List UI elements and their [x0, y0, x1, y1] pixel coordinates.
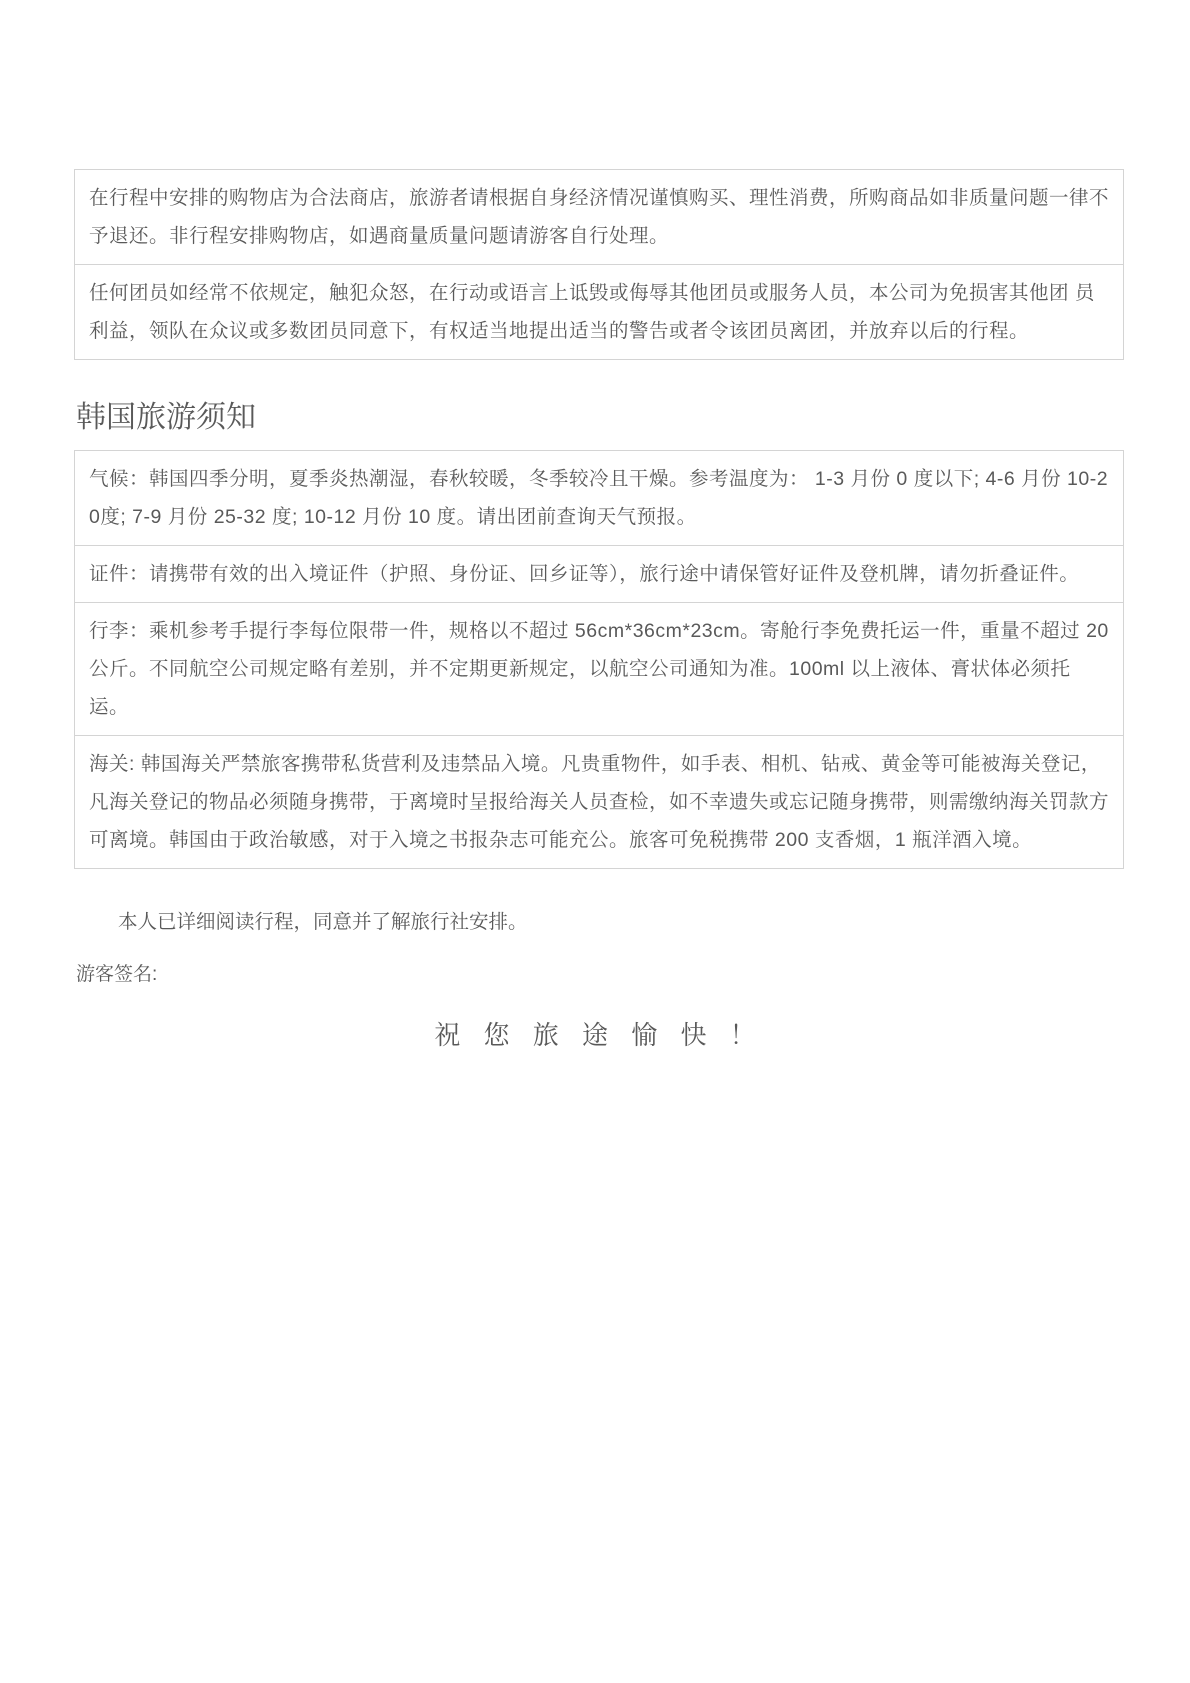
tip-text-customs: 海关: 韩国海关严禁旅客携带私货营利及违禁品入境。凡贵重物件，如手表、相机、钻戒…: [89, 745, 1109, 859]
document-page: 在行程中安排的购物店为合法商店，旅游者请根据自身经济情况谨慎购买、理性消费，所购…: [0, 0, 1190, 1683]
notice-row-shopping: 在行程中安排的购物店为合法商店，旅游者请根据自身经济情况谨慎购买、理性消费，所购…: [75, 170, 1123, 264]
tip-row-luggage: 行李：乘机参考手提行李每位限带一件，规格以不超过 56cm*36cm*23cm。…: [75, 602, 1123, 735]
notice-text-conduct: 任何团员如经常不依规定，触犯众怒，在行动或语言上诋毁或侮辱其他团员或服务人员，本…: [89, 274, 1109, 350]
notice-text-shopping: 在行程中安排的购物店为合法商店，旅游者请根据自身经济情况谨慎购买、理性消费，所购…: [89, 179, 1109, 255]
travel-tips-table: 气候：韩国四季分明，夏季炎热潮湿，春秋较暖，冬季较冷且干燥。参考温度为： 1-3…: [74, 450, 1124, 869]
tip-row-customs: 海关: 韩国海关严禁旅客携带私货营利及违禁品入境。凡贵重物件，如手表、相机、钻戒…: [75, 735, 1123, 868]
tip-text-documents: 证件：请携带有效的出入境证件（护照、身份证、回乡证等），旅行途中请保管好证件及登…: [89, 555, 1109, 593]
notice-row-conduct: 任何团员如经常不依规定，触犯众怒，在行动或语言上诋毁或侮辱其他团员或服务人员，本…: [75, 264, 1123, 359]
section-title: 韩国旅游须知: [76, 392, 1124, 436]
tip-text-luggage: 行李：乘机参考手提行李每位限带一件，规格以不超过 56cm*36cm*23cm。…: [89, 612, 1109, 726]
acknowledgment-text: 本人已详细阅读行程，同意并了解旅行社安排。: [118, 907, 1124, 937]
farewell-text: 祝 您 旅 途 愉 快 ！: [74, 1015, 1124, 1052]
tip-text-climate: 气候：韩国四季分明，夏季炎热潮湿，春秋较暖，冬季较冷且干燥。参考温度为： 1-3…: [89, 460, 1109, 536]
tip-row-climate: 气候：韩国四季分明，夏季炎热潮湿，春秋较暖，冬季较冷且干燥。参考温度为： 1-3…: [75, 451, 1123, 545]
general-notices-table: 在行程中安排的购物店为合法商店，旅游者请根据自身经济情况谨慎购买、理性消费，所购…: [74, 169, 1124, 360]
tip-row-documents: 证件：请携带有效的出入境证件（护照、身份证、回乡证等），旅行途中请保管好证件及登…: [75, 545, 1123, 602]
signature-label: 游客签名:: [76, 961, 1124, 989]
